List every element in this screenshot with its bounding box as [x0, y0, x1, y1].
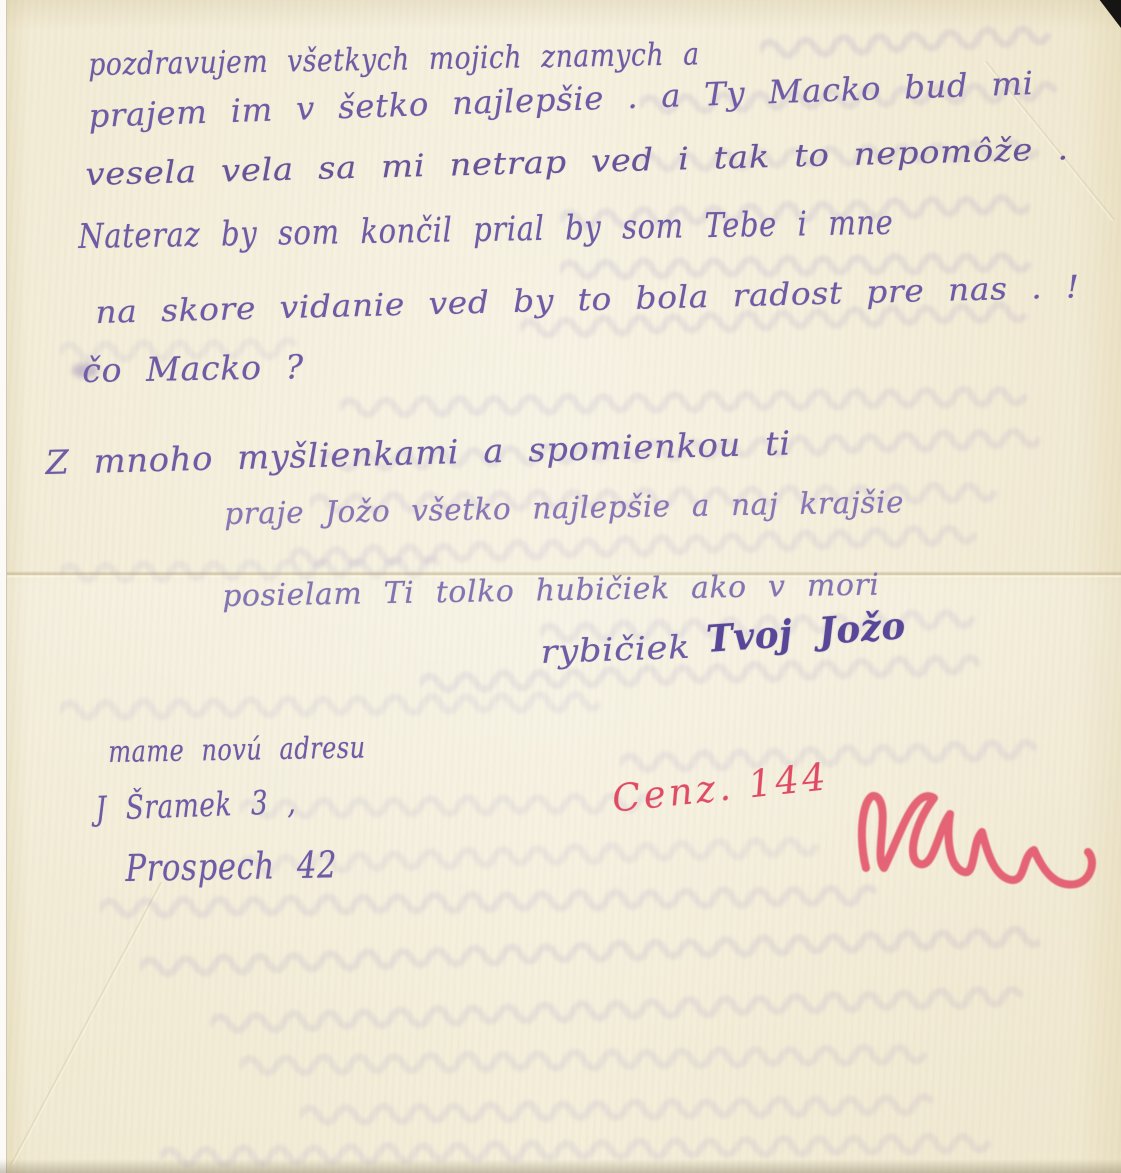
ink-smudge — [72, 363, 98, 378]
scan-edge-left — [0, 0, 7, 1173]
letter-line-14: Prospech 42 — [125, 844, 338, 890]
scan-edge-bottom — [0, 1159, 1121, 1173]
letter-line-10: rybičiek — [540, 629, 691, 671]
letter-line-13: J Šramek 3 , — [95, 783, 297, 828]
censor-signature-scribble — [852, 770, 1112, 895]
letter-scan: pozdravujem všetkych mojich znamych apra… — [0, 0, 1121, 1173]
letter-line-6: čo Macko ? — [82, 348, 304, 390]
letter-line-12: mame novú adresu — [108, 732, 366, 771]
